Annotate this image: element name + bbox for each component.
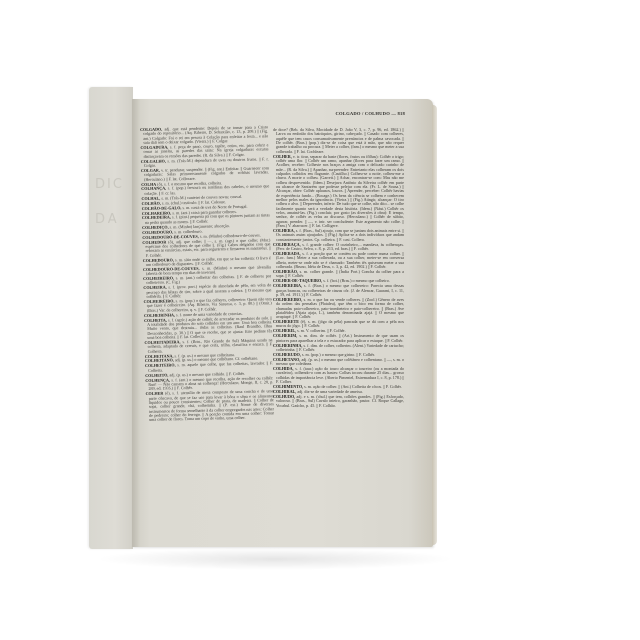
dictionary-entry: COLHUDO, adj. e s. m. (chul.) que tem, c… (273, 395, 404, 408)
entry-definition: de doce? (Reb. da Silva, Mocidade de D. … (273, 127, 404, 154)
entry-definition: v. tr. pendurar, suspender. || (Fig. ant… (144, 165, 269, 181)
page-number: 818 (398, 111, 406, 116)
dictionary-entry: COLHER, v. tr. tirar, separar da haste (… (273, 155, 404, 229)
book-cover: DIC DA (89, 87, 133, 549)
running-head-title: COLGADO / COLHUDO (336, 111, 390, 116)
page-edge (432, 105, 437, 545)
running-head-separator: — (391, 111, 396, 116)
entry-definition: (é), s. f. utensílio de mesa composto de… (149, 388, 274, 422)
entry-definition: s. f. (taur.) ação do touro alcançar o t… (276, 366, 404, 384)
dictionary-entry: COLHERA, s. f. (Bras., Sul) ajoujo, com … (273, 229, 404, 242)
dictionary-entry: COLHERADA, s. f. a porção que se contém … (273, 252, 404, 269)
cover-spine-text: DIC (95, 177, 124, 192)
cover-spine-text-2: DA (95, 212, 120, 227)
entry-definition: v. tr. tirar, separar da haste (flores, … (276, 154, 404, 229)
dictionary-entry: COLHER (é), s. f. utensílio de mesa comp… (146, 389, 275, 422)
dictionary-entry: de doce? (Reb. da Silva, Mocidade de D. … (273, 128, 404, 154)
dictionary-entry: COLHIDA, s. f. (taur.) ação do touro alc… (273, 367, 404, 384)
book-shadow (95, 548, 455, 570)
dictionary-entry: COLHEREIRA, s. f. (Bras.) o mesmo que co… (273, 284, 404, 297)
dictionary-entry: COLHEREIRO, s. m. o que faz ou vende col… (273, 298, 404, 320)
page-gutter (132, 99, 140, 547)
left-column: COLGADO, adj. que está pendente: Depois … (140, 125, 274, 423)
entry-definition: adj. e s. m. (chul.) que tem, colhões gr… (276, 394, 404, 408)
running-head: COLGADO / COLHUDO — 818 (336, 111, 405, 116)
dictionary-page: COLGADO / COLHUDO — 818 COLGADO, adj. qu… (132, 99, 433, 547)
right-column: de doce? (Reb. da Silva, Mocidade de D. … (273, 128, 404, 409)
entry-definition: s. f. (Bras., Sul) ajoujo, com que se ju… (276, 228, 404, 242)
